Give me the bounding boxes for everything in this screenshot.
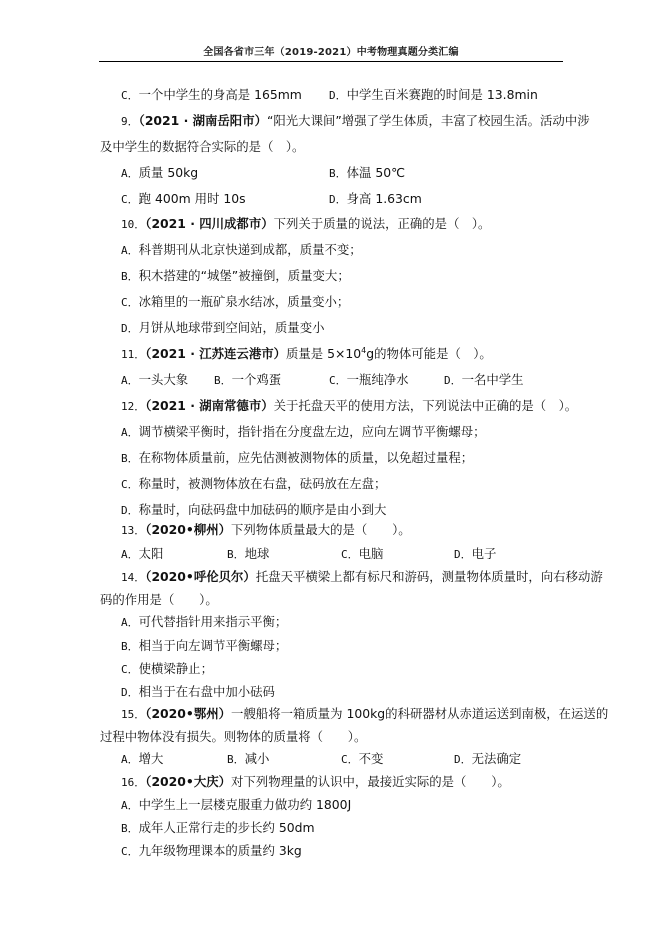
question-source: （2020•柳州） — [145, 522, 231, 537]
question-number: 10． — [121, 218, 145, 231]
option-text: 不变 — [359, 751, 384, 766]
option-text: 减小 — [245, 751, 270, 766]
question-16-stem: 16．（2020•大庆）对下列物理量的认识中，最接近实际的是（ ）。 — [121, 774, 510, 790]
option-letter: D． — [329, 193, 347, 206]
option-letter: C． — [329, 374, 347, 387]
option-letter: A． — [121, 244, 139, 257]
question-10-option-d: D．月饼从地球带到空间站，质量变小 — [121, 320, 324, 336]
question-15-stem: 15．（2020•鄂州）一艘船将一箱质量为 100kg的科研器材从赤道运送到南极… — [121, 706, 608, 722]
question-source: （2021 · 江苏连云港市） — [145, 346, 286, 361]
question-12-option-d: D．称量时，向砝码盘中加砝码的顺序是由小到大 — [121, 502, 386, 518]
question-14-stem-cont: 码的作用是（ ）。 — [100, 592, 218, 607]
option-text: 成年人正常行走的步长约 50dm — [139, 820, 315, 835]
page-header-title: 全国各省市三年（2019-2021）中考物理真题分类汇编 — [99, 47, 563, 59]
option-text: 冰箱里的一瓶矿泉水结冰，质量变小； — [139, 294, 350, 309]
question-14-option-d: D．相当于在右盘中加小砝码 — [121, 684, 275, 700]
option-letter: D． — [454, 753, 472, 766]
option-text: 无法确定 — [472, 751, 522, 766]
question-16-option-a: A．中学生上一层楼克服重力做功约 1800J — [121, 797, 351, 813]
option-text: 电脑 — [359, 546, 384, 561]
question-13-stem: 13．（2020•柳州）下列物体质量最大的是（ ）。 — [121, 522, 411, 538]
question-source: （2020•大庆） — [145, 774, 231, 789]
option-text: 相当于在右盘中加小砝码 — [139, 684, 275, 699]
option-letter: B． — [329, 167, 347, 180]
option-letter: B． — [227, 548, 245, 561]
question-16-option-b: B．成年人正常行走的步长约 50dm — [121, 820, 315, 836]
question-10-option-b: B．积木搭建的“城堡”被撞倒，质量变大； — [121, 268, 350, 284]
question-10-option-c: C．冰箱里的一瓶矿泉水结冰，质量变小； — [121, 294, 349, 310]
option-letter: D． — [329, 89, 347, 102]
carryover-option-d: D．中学生百米赛跑的时间是 13.8min — [329, 87, 538, 103]
question-15-option-a: A．增大 — [121, 751, 163, 767]
question-14-option-b: B．相当于向左调节平衡螺母； — [121, 638, 287, 654]
question-11-option-d: D．一名中学生 — [444, 372, 524, 388]
question-9-option-c: C．跑 400m 用时 10s — [121, 191, 246, 207]
option-letter: B． — [121, 270, 139, 283]
option-text: 电子 — [472, 546, 497, 561]
question-15-option-c: C．不变 — [341, 751, 383, 767]
option-letter: D． — [444, 374, 462, 387]
question-stem: 对下列物理量的认识中，最接近实际的是（ ）。 — [231, 774, 510, 789]
question-15-option-b: B．减小 — [227, 751, 269, 767]
carryover-option-c: C．一个中学生的身高是 165mm — [121, 87, 302, 103]
option-text: 一个鸡蛋 — [232, 372, 282, 387]
option-letter: B． — [121, 640, 139, 653]
option-text: 一个中学生的身高是 165mm — [139, 87, 302, 102]
option-text: 可代替指针用来指示平衡； — [139, 614, 288, 629]
question-stem: 下列关于质量的说法，正确的是（ ）。 — [274, 216, 491, 231]
option-text: 地球 — [245, 546, 270, 561]
option-text: 相当于向左调节平衡螺母； — [139, 638, 288, 653]
option-text: 跑 400m 用时 10s — [139, 191, 246, 206]
question-source: （2021 · 湖南岳阳市） — [139, 113, 267, 128]
option-letter: B． — [227, 753, 245, 766]
question-stem: 关于托盘天平的使用方法，下列说法中正确的是（ ）。 — [274, 398, 578, 413]
question-13-option-c: C．电脑 — [341, 546, 383, 562]
question-source: （2021 · 四川成都市） — [145, 216, 273, 231]
question-14-option-a: A．可代替指针用来指示平衡； — [121, 614, 287, 630]
question-number: 15． — [121, 708, 145, 721]
option-letter: B． — [121, 822, 139, 835]
question-12-stem: 12．（2021 · 湖南常德市）关于托盘天平的使用方法，下列说法中正确的是（ … — [121, 398, 577, 414]
option-text: 积木搭建的“城堡”被撞倒，质量变大； — [139, 268, 350, 283]
option-letter: A． — [121, 799, 139, 812]
question-9-option-a: A．质量 50kg — [121, 165, 198, 181]
question-number: 9． — [121, 115, 139, 128]
question-9-stem-cont: 及中学生的数据符合实际的是（ ）。 — [100, 139, 304, 154]
option-text: 中学生上一层楼克服重力做功约 1800J — [139, 797, 352, 812]
question-stem: 下列物体质量最大的是（ ）。 — [231, 522, 411, 537]
option-letter: C． — [341, 753, 359, 766]
option-text: 使横梁静止； — [139, 661, 213, 676]
question-14-option-c: C．使横梁静止； — [121, 661, 213, 677]
question-source: （2020•呼伦贝尔） — [145, 569, 256, 584]
option-letter: D． — [121, 686, 139, 699]
option-letter: A． — [121, 753, 139, 766]
header-divider — [99, 61, 563, 62]
question-13-option-b: B．地球 — [227, 546, 269, 562]
question-10-option-a: A．科普期刊从北京快递到成都，质量不变； — [121, 242, 362, 258]
option-letter: C． — [121, 478, 139, 491]
question-source: （2020•鄂州） — [145, 706, 231, 721]
option-text: 一瓶纯净水 — [347, 372, 409, 387]
question-13-option-d: D．电子 — [454, 546, 496, 562]
option-letter: A． — [121, 616, 139, 629]
question-15-stem-cont: 过程中物体没有损失。则物体的质量将（ ）。 — [100, 729, 366, 744]
question-12-option-b: B．在称物体质量前，应先估测被测物体的质量，以免超过量程； — [121, 450, 473, 466]
option-letter: B． — [121, 452, 139, 465]
question-number: 12． — [121, 400, 145, 413]
option-text: 中学生百米赛跑的时间是 13.8min — [347, 87, 538, 102]
option-letter: D． — [121, 322, 139, 335]
option-text: 调节横梁平衡时，指针指在分度盘左边，应向左调节平衡螺母； — [139, 424, 486, 439]
option-text: 科普期刊从北京快递到成都，质量不变； — [139, 242, 362, 257]
question-11-stem: 11．（2021 · 江苏连云港市）质量是 5×104g的物体可能是（ ）。 — [121, 346, 492, 362]
option-letter: C． — [121, 845, 139, 858]
question-11-option-a: A．一头大象 — [121, 372, 188, 388]
option-letter: D． — [121, 504, 139, 517]
question-stem-post: g的物体可能是（ ）。 — [366, 346, 492, 361]
question-stem: 托盘天平横梁上都有标尺和游码，测量物体质量时，向右移动游 — [256, 569, 603, 584]
question-9-option-d: D．身高 1.63cm — [329, 191, 422, 207]
question-13-option-a: A．太阳 — [121, 546, 163, 562]
option-letter: C． — [121, 296, 139, 309]
question-source: （2021 · 湖南常德市） — [145, 398, 273, 413]
option-text: 质量 50kg — [139, 165, 199, 180]
option-text: 称量时，被测物体放在右盘，砝码放在左盘； — [139, 476, 387, 491]
question-16-option-c: C．九年级物理课本的质量约 3kg — [121, 843, 302, 859]
question-15-option-d: D．无法确定 — [454, 751, 521, 767]
option-text: 增大 — [139, 751, 164, 766]
question-12-option-a: A．调节横梁平衡时，指针指在分度盘左边，应向左调节平衡螺母； — [121, 424, 486, 440]
question-number: 14． — [121, 571, 145, 584]
option-text: 一名中学生 — [462, 372, 524, 387]
option-letter: C． — [121, 89, 139, 102]
option-text: 九年级物理课本的质量约 3kg — [139, 843, 302, 858]
question-stem: “阳光大课间”增强了学生体质，丰富了校园生活。活动中涉 — [267, 113, 590, 128]
option-letter: B． — [214, 374, 232, 387]
question-14-stem: 14．（2020•呼伦贝尔）托盘天平横梁上都有标尺和游码，测量物体质量时，向右移… — [121, 569, 603, 585]
option-text: 太阳 — [139, 546, 164, 561]
option-letter: C． — [341, 548, 359, 561]
question-9-option-b: B．体温 50℃ — [329, 165, 405, 181]
question-9-stem: 9．（2021 · 湖南岳阳市）“阳光大课间”增强了学生体质，丰富了校园生活。活… — [121, 113, 590, 129]
question-11-option-b: B．一个鸡蛋 — [214, 372, 281, 388]
option-letter: A． — [121, 167, 139, 180]
option-letter: C． — [121, 193, 139, 206]
option-text: 称量时，向砝码盘中加砝码的顺序是由小到大 — [139, 502, 387, 517]
option-letter: A． — [121, 374, 139, 387]
option-text: 一头大象 — [139, 372, 189, 387]
option-text: 体温 50℃ — [347, 165, 405, 180]
option-letter: D． — [454, 548, 472, 561]
option-text: 在称物体质量前，应先估测被测物体的质量，以免超过量程； — [139, 450, 474, 465]
option-letter: A． — [121, 426, 139, 439]
option-letter: C． — [121, 663, 139, 676]
option-text: 月饼从地球带到空间站，质量变小 — [139, 320, 325, 335]
question-10-stem: 10．（2021 · 四川成都市）下列关于质量的说法，正确的是（ ）。 — [121, 216, 490, 232]
question-stem-pre: 质量是 5×10 — [286, 346, 361, 361]
question-number: 13． — [121, 524, 145, 537]
question-number: 11． — [121, 348, 145, 361]
question-number: 16． — [121, 776, 145, 789]
option-letter: A． — [121, 548, 139, 561]
option-text: 身高 1.63cm — [347, 191, 422, 206]
question-stem: 一艘船将一箱质量为 100kg的科研器材从赤道运送到南极，在运送的 — [231, 706, 608, 721]
question-11-option-c: C．一瓶纯净水 — [329, 372, 409, 388]
question-12-option-c: C．称量时，被测物体放在右盘，砝码放在左盘； — [121, 476, 386, 492]
